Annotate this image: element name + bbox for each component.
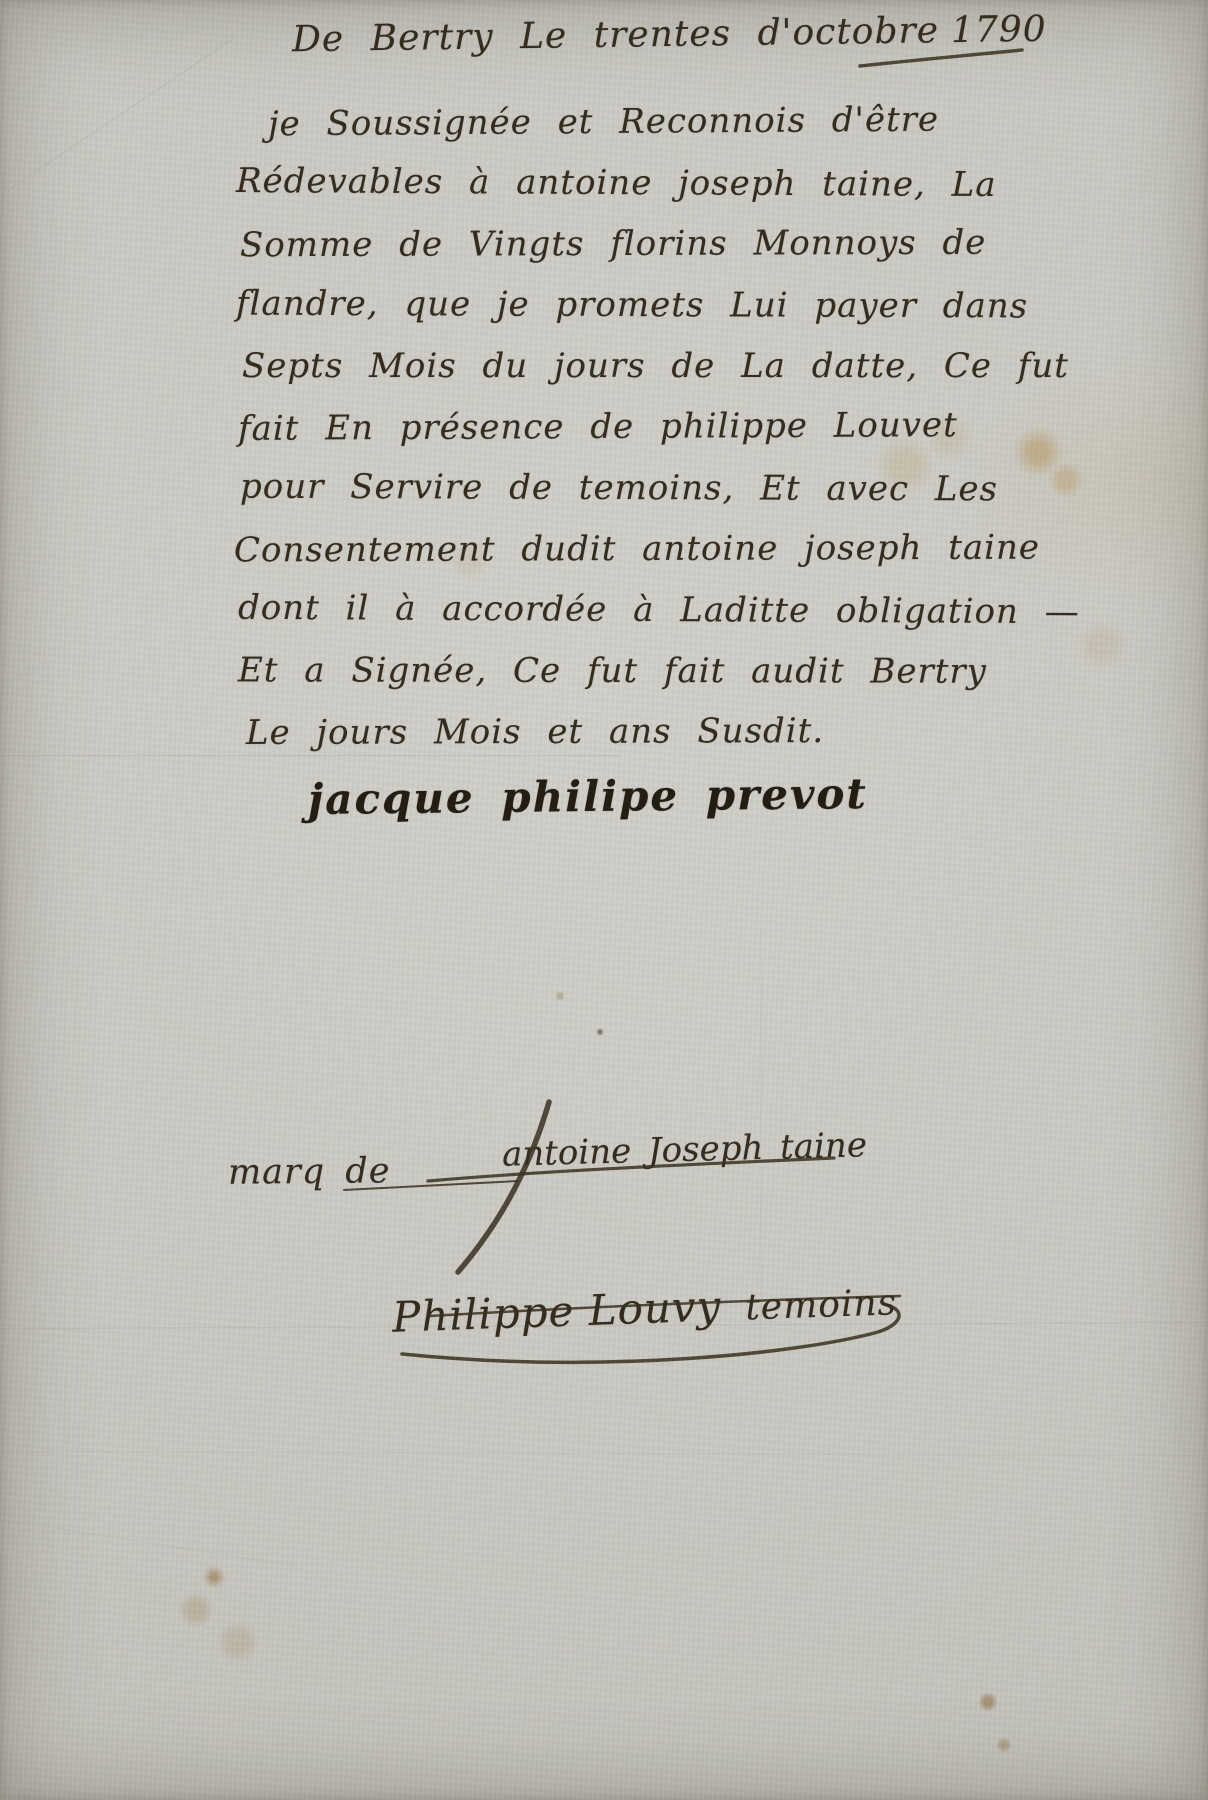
body-line: flandre, que je promets Lui payer dans bbox=[236, 284, 1028, 327]
body-line: Rédevables à antoine joseph taine, La bbox=[236, 161, 997, 205]
dateline-year: 1790 bbox=[951, 9, 1047, 51]
paper-crease bbox=[0, 754, 620, 757]
witness-name: Philippe Louvy bbox=[391, 1281, 722, 1341]
witness-role: temoins bbox=[745, 1282, 898, 1328]
body-line: Somme de Vingts florins Monnoys de bbox=[240, 223, 987, 266]
year-underline-stroke bbox=[860, 50, 1022, 66]
paper-crease bbox=[0, 1515, 298, 1568]
body-line: Septs Mois du jours de La datte, Ce fut bbox=[242, 346, 1069, 386]
body-line: je Soussignée et Reconnois d'être bbox=[268, 100, 939, 145]
signature-principal: jacque philipe prevot bbox=[308, 769, 868, 824]
paper-crease bbox=[0, 1450, 1208, 1457]
body-line: pour Servire de temoins, Et avec Les bbox=[240, 467, 998, 510]
body-line: dont il à accordée à Laditte obligation … bbox=[238, 588, 1080, 632]
manuscript-page: De Bertry Le trentes d'octobre1790 je So… bbox=[0, 0, 1208, 1800]
signature-witness: Philippe Louvytemoins bbox=[391, 1275, 897, 1342]
body-line: fait En présence de philippe Louvet bbox=[238, 405, 958, 449]
dateline: De Bertry Le trentes d'octobre1790 bbox=[292, 9, 1047, 61]
paper-texture bbox=[0, 0, 1208, 1800]
cross-mark-icon bbox=[458, 1102, 549, 1272]
paper-stains bbox=[0, 0, 1208, 1800]
mark-label: marq de bbox=[228, 1151, 391, 1192]
ink-flourishes bbox=[0, 0, 1208, 1800]
body-line: Et a Signée, Ce fut fait audit Bertry bbox=[238, 650, 987, 691]
dateline-text: De Bertry Le trentes d'octobre bbox=[292, 10, 940, 60]
body-line: Le jours Mois et ans Susdit. bbox=[246, 711, 824, 753]
paper-crease bbox=[0, 36, 235, 206]
body-line: Consentement dudit antoine joseph taine bbox=[234, 528, 1040, 571]
mark-name: antoine Joseph taine bbox=[502, 1125, 868, 1175]
